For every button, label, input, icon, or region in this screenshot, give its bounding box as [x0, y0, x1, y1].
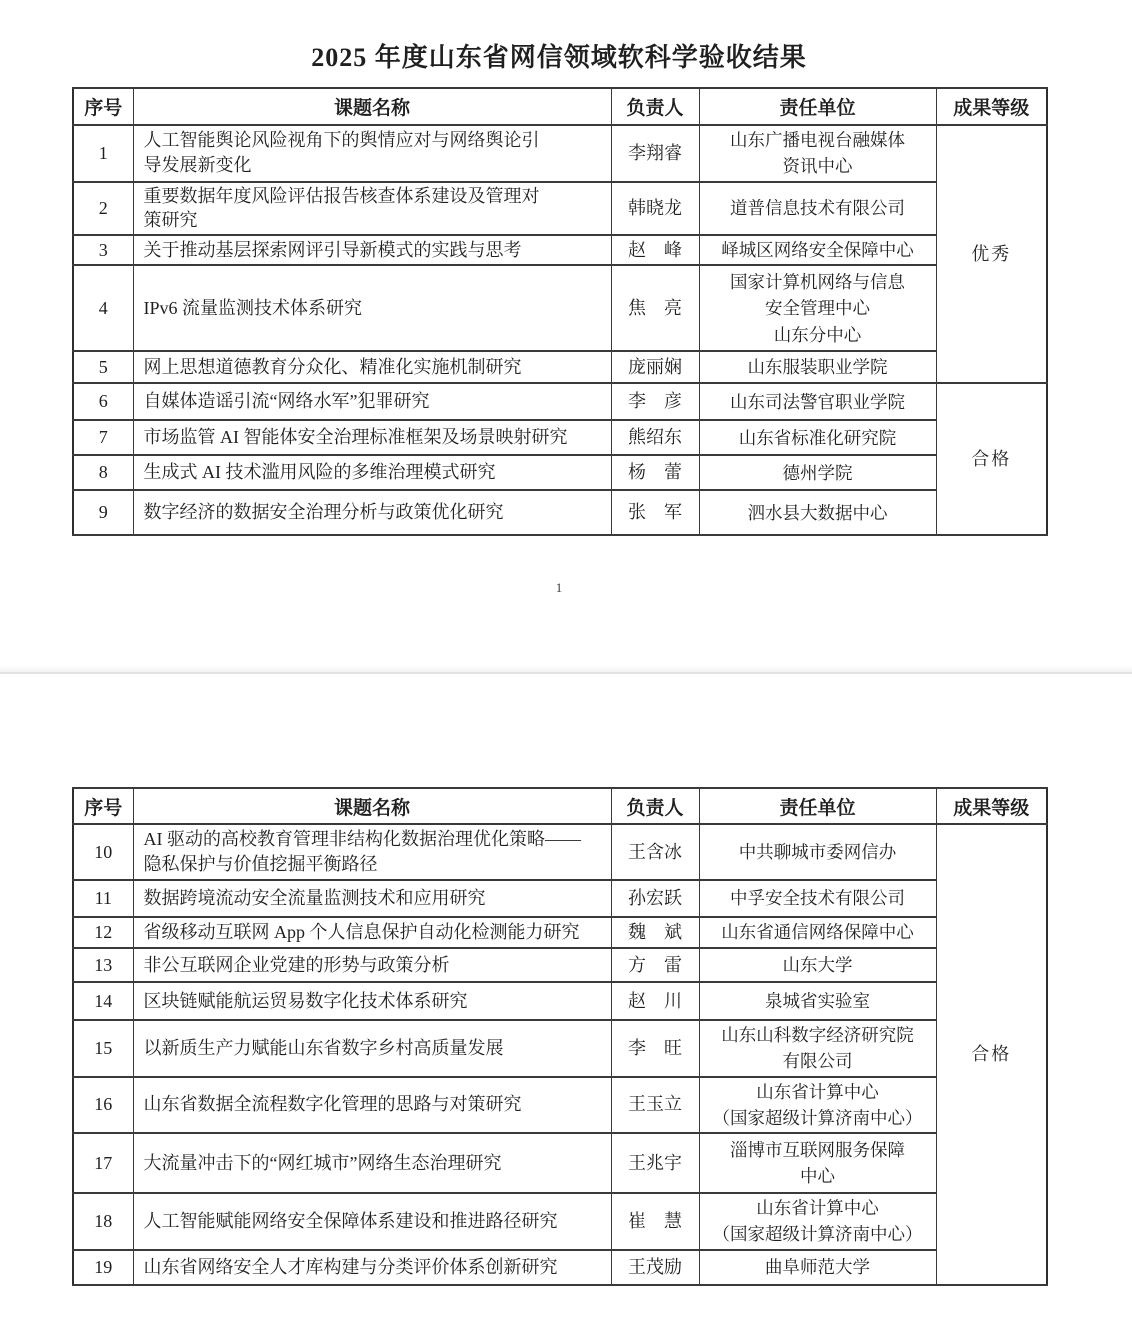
- serial-cell: 2: [73, 182, 133, 236]
- serial-cell: 9: [73, 490, 133, 535]
- serial-cell: 12: [73, 917, 133, 948]
- serial-cell: 18: [73, 1193, 133, 1250]
- table-row: 15 以新质生产力赋能山东省数字乡村高质量发展 李 旺 山东山科数字经济研究院 …: [73, 1020, 1047, 1077]
- project-title-cell: 生成式 AI 技术滥用风险的多维治理模式研究: [133, 455, 611, 490]
- col-header-leader: 负责人: [611, 88, 699, 125]
- table-row: 6 自媒体造谣引流“网络水军”犯罪研究 李 彦 山东司法警官职业学院 合格: [73, 383, 1047, 420]
- serial-cell: 5: [73, 351, 133, 383]
- unit-cell: 山东省通信网络保障中心: [699, 917, 936, 948]
- table-row: 2 重要数据年度风险评估报告核查体系建设及管理对 策研究 韩晓龙 道普信息技术有…: [73, 182, 1047, 236]
- col-header-unit: 责任单位: [699, 788, 936, 824]
- project-title-cell: 网上思想道德教育分众化、精准化实施机制研究: [133, 351, 611, 383]
- table-row: 10 AI 驱动的高校教育管理非结构化数据治理优化策略—— 隐私保护与价值挖掘平…: [73, 824, 1047, 880]
- col-header-grade: 成果等级: [936, 788, 1047, 824]
- table-row: 9 数字经济的数据安全治理分析与政策优化研究 张 军 泗水县大数据中心: [73, 490, 1047, 535]
- leader-cell: 方 雷: [611, 948, 699, 982]
- page-number: 1: [72, 580, 1046, 596]
- leader-cell: 庞丽娴: [611, 351, 699, 383]
- unit-cell: 山东省计算中心 （国家超级计算济南中心）: [699, 1193, 936, 1250]
- unit-cell: 道普信息技术有限公司: [699, 182, 936, 236]
- unit-cell: 山东广播电视台融媒体 资讯中心: [699, 125, 936, 182]
- project-title-cell: 省级移动互联网 App 个人信息保护自动化检测能力研究: [133, 917, 611, 948]
- table-row: 18 人工智能赋能网络安全保障体系建设和推进路径研究 崔 慧 山东省计算中心 （…: [73, 1193, 1047, 1250]
- col-header-grade: 成果等级: [936, 88, 1047, 125]
- grade-merged-cell-qualified: 合格: [936, 383, 1047, 535]
- project-title-cell: AI 驱动的高校教育管理非结构化数据治理优化策略—— 隐私保护与价值挖掘平衡路径: [133, 824, 611, 880]
- project-title-cell: 人工智能赋能网络安全保障体系建设和推进路径研究: [133, 1193, 611, 1250]
- leader-cell: 崔 慧: [611, 1193, 699, 1250]
- project-title-cell: 数字经济的数据安全治理分析与政策优化研究: [133, 490, 611, 535]
- leader-cell: 杨 蕾: [611, 455, 699, 490]
- project-title-cell: 大流量冲击下的“网红城市”网络生态治理研究: [133, 1133, 611, 1193]
- leader-cell: 张 军: [611, 490, 699, 535]
- serial-cell: 4: [73, 265, 133, 351]
- leader-cell: 赵 川: [611, 982, 699, 1020]
- project-title-cell: IPv6 流量监测技术体系研究: [133, 265, 611, 351]
- serial-cell: 3: [73, 235, 133, 265]
- leader-cell: 王玉立: [611, 1077, 699, 1134]
- serial-cell: 7: [73, 420, 133, 455]
- table-row: 14 区块链赋能航运贸易数字化技术体系研究 赵 川 泉城省实验室: [73, 982, 1047, 1020]
- header-row: 序号 课题名称 负责人 责任单位 成果等级: [73, 788, 1047, 824]
- leader-cell: 王兆宇: [611, 1133, 699, 1193]
- leader-cell: 李 旺: [611, 1020, 699, 1077]
- project-title-cell: 重要数据年度风险评估报告核查体系建设及管理对 策研究: [133, 182, 611, 236]
- table-row: 11 数据跨境流动安全流量监测技术和应用研究 孙宏跃 中孚安全技术有限公司: [73, 880, 1047, 917]
- col-header-project: 课题名称: [133, 88, 611, 125]
- table-row: 13 非公互联网企业党建的形势与政策分析 方 雷 山东大学: [73, 948, 1047, 982]
- project-title-cell: 人工智能舆论风险视角下的舆情应对与网络舆论引 导发展新变化: [133, 125, 611, 182]
- serial-cell: 11: [73, 880, 133, 917]
- table-row: 3 关于推动基层探索网评引导新模式的实践与思考 赵 峰 峄城区网络安全保障中心: [73, 235, 1047, 265]
- leader-cell: 熊绍东: [611, 420, 699, 455]
- leader-cell: 韩晓龙: [611, 182, 699, 236]
- table-row: 16 山东省数据全流程数字化管理的思路与对策研究 王玉立 山东省计算中心 （国家…: [73, 1077, 1047, 1134]
- project-title-cell: 关于推动基层探索网评引导新模式的实践与思考: [133, 235, 611, 265]
- project-title-cell: 区块链赋能航运贸易数字化技术体系研究: [133, 982, 611, 1020]
- header-row: 序号 课题名称 负责人 责任单位 成果等级: [73, 88, 1047, 125]
- project-title-cell: 山东省数据全流程数字化管理的思路与对策研究: [133, 1077, 611, 1134]
- project-title-cell: 山东省网络安全人才库构建与分类评价体系创新研究: [133, 1250, 611, 1285]
- serial-cell: 14: [73, 982, 133, 1020]
- unit-cell: 山东服装职业学院: [699, 351, 936, 383]
- project-title-cell: 自媒体造谣引流“网络水军”犯罪研究: [133, 383, 611, 420]
- unit-cell: 中共聊城市委网信办: [699, 824, 936, 880]
- serial-cell: 15: [73, 1020, 133, 1077]
- grade-merged-cell-qualified: 合格: [936, 824, 1047, 1285]
- leader-cell: 李 彦: [611, 383, 699, 420]
- serial-cell: 16: [73, 1077, 133, 1134]
- page-2: 序号 课题名称 负责人 责任单位 成果等级 10 AI 驱动的高校教育管理非结构…: [0, 674, 1132, 1344]
- unit-cell: 德州学院: [699, 455, 936, 490]
- unit-cell: 泉城省实验室: [699, 982, 936, 1020]
- project-title-cell: 非公互联网企业党建的形势与政策分析: [133, 948, 611, 982]
- leader-cell: 王含冰: [611, 824, 699, 880]
- table-row: 7 市场监管 AI 智能体安全治理标准框架及场景映射研究 熊绍东 山东省标准化研…: [73, 420, 1047, 455]
- unit-cell: 山东司法警官职业学院: [699, 383, 936, 420]
- serial-cell: 19: [73, 1250, 133, 1285]
- serial-cell: 1: [73, 125, 133, 182]
- serial-cell: 6: [73, 383, 133, 420]
- serial-cell: 17: [73, 1133, 133, 1193]
- unit-cell: 淄博市互联网服务保障 中心: [699, 1133, 936, 1193]
- unit-cell: 泗水县大数据中心: [699, 490, 936, 535]
- col-header-project: 课题名称: [133, 788, 611, 824]
- project-title-cell: 数据跨境流动安全流量监测技术和应用研究: [133, 880, 611, 917]
- document-title: 2025 年度山东省网信领域软科学验收结果: [72, 0, 1046, 74]
- table-row: 4 IPv6 流量监测技术体系研究 焦 亮 国家计算机网络与信息 安全管理中心 …: [73, 265, 1047, 351]
- project-title-cell: 以新质生产力赋能山东省数字乡村高质量发展: [133, 1020, 611, 1077]
- results-table-page-1: 序号 课题名称 负责人 责任单位 成果等级 1 人工智能舆论风险视角下的舆情应对…: [72, 87, 1048, 536]
- table-row: 17 大流量冲击下的“网红城市”网络生态治理研究 王兆宇 淄博市互联网服务保障 …: [73, 1133, 1047, 1193]
- page-divider: [0, 666, 1132, 674]
- unit-cell: 山东省标准化研究院: [699, 420, 936, 455]
- project-title-cell: 市场监管 AI 智能体安全治理标准框架及场景映射研究: [133, 420, 611, 455]
- unit-cell: 国家计算机网络与信息 安全管理中心 山东分中心: [699, 265, 936, 351]
- unit-cell: 山东省计算中心 （国家超级计算济南中心）: [699, 1077, 936, 1134]
- leader-cell: 魏 斌: [611, 917, 699, 948]
- table-row: 19 山东省网络安全人才库构建与分类评价体系创新研究 王茂励 曲阜师范大学: [73, 1250, 1047, 1285]
- unit-cell: 中孚安全技术有限公司: [699, 880, 936, 917]
- col-header-serial: 序号: [73, 88, 133, 125]
- col-header-serial: 序号: [73, 788, 133, 824]
- leader-cell: 孙宏跃: [611, 880, 699, 917]
- serial-cell: 13: [73, 948, 133, 982]
- unit-cell: 山东大学: [699, 948, 936, 982]
- serial-cell: 10: [73, 824, 133, 880]
- leader-cell: 李翔睿: [611, 125, 699, 182]
- unit-cell: 曲阜师范大学: [699, 1250, 936, 1285]
- table-row: 1 人工智能舆论风险视角下的舆情应对与网络舆论引 导发展新变化 李翔睿 山东广播…: [73, 125, 1047, 182]
- col-header-leader: 负责人: [611, 788, 699, 824]
- table-row: 8 生成式 AI 技术滥用风险的多维治理模式研究 杨 蕾 德州学院: [73, 455, 1047, 490]
- unit-cell: 峄城区网络安全保障中心: [699, 235, 936, 265]
- results-table-page-2: 序号 课题名称 负责人 责任单位 成果等级 10 AI 驱动的高校教育管理非结构…: [72, 787, 1048, 1286]
- page-1: 2025 年度山东省网信领域软科学验收结果 序号 课题名称 负责人 责任单位 成…: [0, 0, 1132, 666]
- grade-merged-cell-excellent: 优秀: [936, 125, 1047, 383]
- table-row: 12 省级移动互联网 App 个人信息保护自动化检测能力研究 魏 斌 山东省通信…: [73, 917, 1047, 948]
- leader-cell: 焦 亮: [611, 265, 699, 351]
- leader-cell: 赵 峰: [611, 235, 699, 265]
- unit-cell: 山东山科数字经济研究院 有限公司: [699, 1020, 936, 1077]
- serial-cell: 8: [73, 455, 133, 490]
- leader-cell: 王茂励: [611, 1250, 699, 1285]
- col-header-unit: 责任单位: [699, 88, 936, 125]
- table-row: 5 网上思想道德教育分众化、精准化实施机制研究 庞丽娴 山东服装职业学院: [73, 351, 1047, 383]
